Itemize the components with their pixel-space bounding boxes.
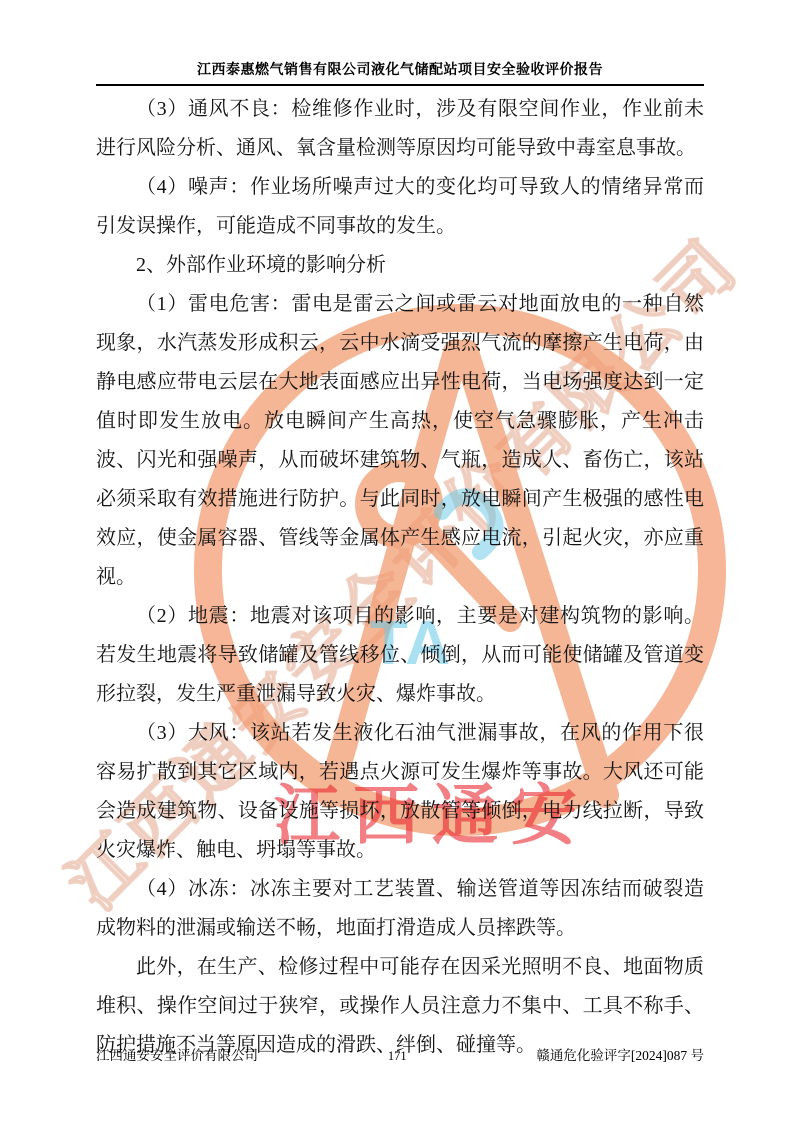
paragraph-ventilation: （3）通风不良：检维修作业时，涉及有限空间作业，作业前未进行风险分析、通风、氧含… <box>96 90 704 168</box>
footer-company: 江西通安安全评价有限公司 <box>96 1044 258 1064</box>
footer-page-number: 171 <box>388 1049 407 1064</box>
document-body: （3）通风不良：检维修作业时，涉及有限空间作业，作业前未进行风险分析、通风、氧含… <box>96 90 704 1065</box>
footer-doc-number: 赣通危化验评字[2024]087 号 <box>536 1044 704 1064</box>
paragraph-freezing: （4）冰冻：冰冻主要对工艺装置、输送管道等因冻结而破裂造成物料的泄漏或输送不畅，… <box>96 870 704 948</box>
page-header-title: 江西泰惠燃气销售有限公司液化气储配站项目安全验收评价报告 <box>96 59 704 79</box>
paragraph-strong-wind: （3）大风：该站若发生液化石油气泄漏事故，在风的作用下很容易扩散到其它区域内，若… <box>96 714 704 870</box>
header-rule <box>96 84 704 86</box>
paragraph-lightning: （1）雷电危害：雷电是雷云之间或雷云对地面放电的一种自然现象，水汽蒸发形成积云，… <box>96 285 704 597</box>
page-footer: 江西通安安全评价有限公司 171 赣通危化验评字[2024]087 号 <box>96 1044 704 1064</box>
section-heading-external-environment: 2、外部作业环境的影响分析 <box>96 246 704 285</box>
paragraph-noise: （4）噪声：作业场所噪声过大的变化均可导致人的情绪异常而引发误操作，可能造成不同… <box>96 168 704 246</box>
paragraph-earthquake: （2）地震：地震对该项目的影响，主要是对建构筑物的影响。若发生地震将导致储罐及管… <box>96 597 704 714</box>
